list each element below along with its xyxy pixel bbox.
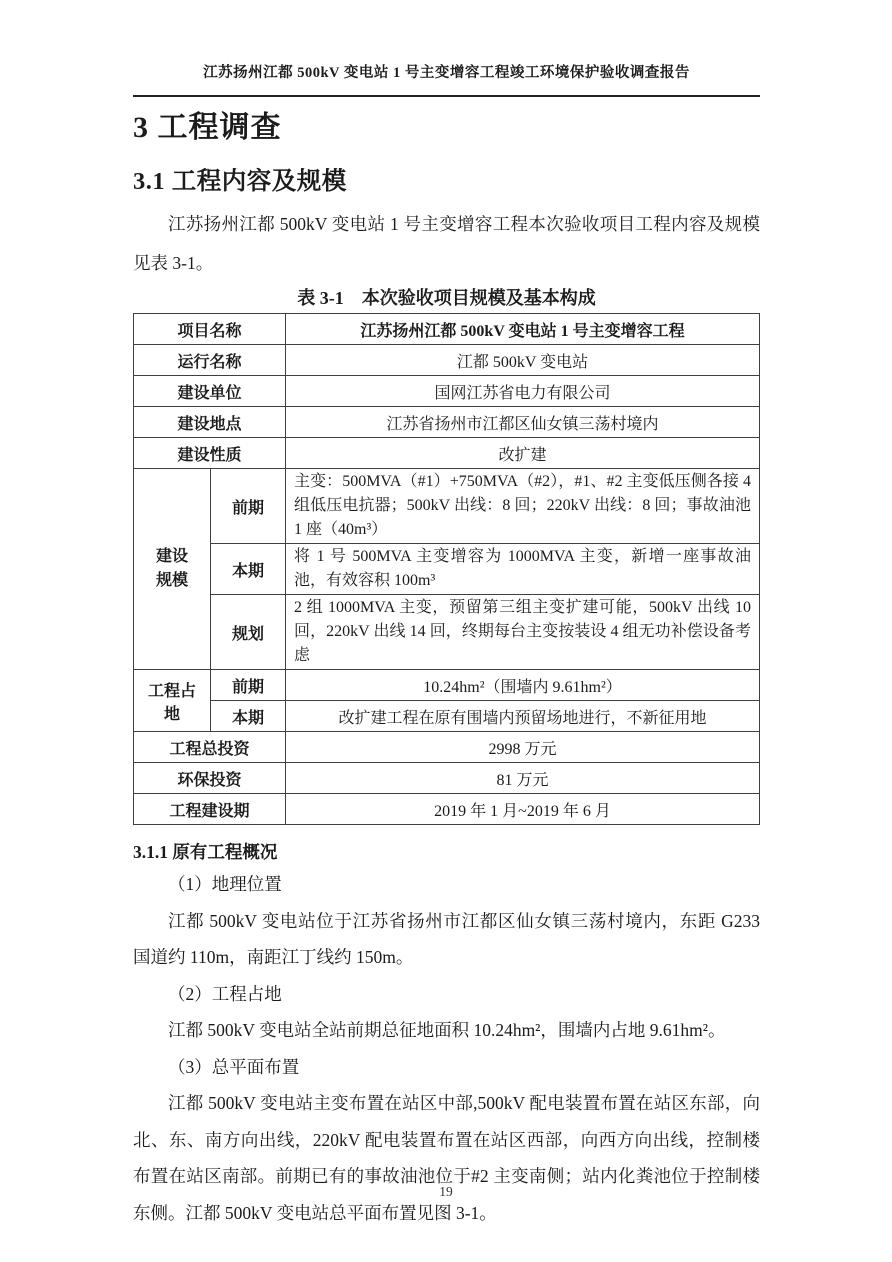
chapter-heading: 3 工程调查 <box>133 107 760 149</box>
page-number: 19 <box>0 1184 892 1200</box>
cell-investment-value: 2998 万元 <box>286 732 760 763</box>
table-row: 规划 2 组 1000MVA 主变，预留第三组主变扩建可能，500kV 出线 1… <box>134 595 760 670</box>
table-row: 本期 将 1 号 500MVA 主变增容为 1000MVA 主变，新增一座事故油… <box>134 544 760 595</box>
table-row: 建设规模 前期 主变：500MVA（#1）+750MVA（#2），#1、#2 主… <box>134 469 760 544</box>
cell-scale-early-label: 前期 <box>211 469 286 544</box>
cell-operating-name-value: 江都 500kV 变电站 <box>286 345 760 376</box>
table-row: 项目名称 江苏扬州江都 500kV 变电站 1 号主变增容工程 <box>134 314 760 345</box>
cell-period-value: 2019 年 1 月~2019 年 6 月 <box>286 794 760 825</box>
cell-scale-early-value: 主变：500MVA（#1）+750MVA（#2），#1、#2 主变低压侧各接 4… <box>286 469 760 544</box>
table-row: 工程占地 前期 10.24hm²（围墙内 9.61hm²） <box>134 670 760 701</box>
cell-land-early-value: 10.24hm²（围墙内 9.61hm²） <box>286 670 760 701</box>
cell-scale-group-label: 建设规模 <box>134 469 211 670</box>
cell-project-name-value: 江苏扬州江都 500kV 变电站 1 号主变增容工程 <box>286 314 760 345</box>
cell-location-value: 江苏省扬州市江都区仙女镇三荡村境内 <box>286 407 760 438</box>
table-caption: 表 3-1 本次验收项目规模及基本构成 <box>133 286 760 310</box>
cell-scale-planned-value: 2 组 1000MVA 主变，预留第三组主变扩建可能，500kV 出线 10 回… <box>286 595 760 670</box>
scale-group-text: 建设规模 <box>154 545 190 593</box>
sub3-title: （3）总平面布置 <box>133 1049 760 1086</box>
table-row: 建设地点 江苏省扬州市江都区仙女镇三荡村境内 <box>134 407 760 438</box>
cell-land-current-label: 本期 <box>211 701 286 732</box>
sub1-title: （1）地理位置 <box>133 866 760 903</box>
cell-builder-value: 国网江苏省电力有限公司 <box>286 376 760 407</box>
running-header: 江苏扬州江都 500kV 变电站 1 号主变增容工程竣工环境保护验收调查报告 <box>133 0 760 97</box>
cell-nature-value: 改扩建 <box>286 438 760 469</box>
running-header-title: 江苏扬州江都 500kV 变电站 1 号主变增容工程竣工环境保护验收调查报告 <box>133 63 760 83</box>
page-content: 江苏扬州江都 500kV 变电站 1 号主变增容工程竣工环境保护验收调查报告 3… <box>133 0 760 1231</box>
cell-project-name-label: 项目名称 <box>134 314 286 345</box>
table-row: 工程建设期 2019 年 1 月~2019 年 6 月 <box>134 794 760 825</box>
cell-land-current-value: 改扩建工程在原有围墙内预留场地进行，不新征用地 <box>286 701 760 732</box>
cell-land-early-label: 前期 <box>211 670 286 701</box>
cell-operating-name-label: 运行名称 <box>134 345 286 376</box>
sub1-paragraph: 江都 500kV 变电站位于江苏省扬州市江都区仙女镇三荡村境内，东距 G233 … <box>133 903 760 976</box>
cell-builder-label: 建设单位 <box>134 376 286 407</box>
table-row: 建设性质 改扩建 <box>134 438 760 469</box>
intro-paragraph: 江苏扬州江都 500kV 变电站 1 号主变增容工程本次验收项目工程内容及规模见… <box>133 205 760 283</box>
sub2-title: （2）工程占地 <box>133 976 760 1013</box>
table-row: 环保投资 81 万元 <box>134 763 760 794</box>
table-row: 建设单位 国网江苏省电力有限公司 <box>134 376 760 407</box>
cell-scale-current-value: 将 1 号 500MVA 主变增容为 1000MVA 主变，新增一座事故油池，有… <box>286 544 760 595</box>
sub2-paragraph: 江都 500kV 变电站全站前期总征地面积 10.24hm²，围墙内占地 9.6… <box>133 1012 760 1049</box>
cell-scale-current-label: 本期 <box>211 544 286 595</box>
table-row: 运行名称 江都 500kV 变电站 <box>134 345 760 376</box>
cell-period-label: 工程建设期 <box>134 794 286 825</box>
cell-env-investment-value: 81 万元 <box>286 763 760 794</box>
cell-land-group-label: 工程占地 <box>134 670 211 732</box>
project-overview-table: 项目名称 江苏扬州江都 500kV 变电站 1 号主变增容工程 运行名称 江都 … <box>133 313 760 825</box>
header-rule <box>133 95 760 97</box>
table-row: 工程总投资 2998 万元 <box>134 732 760 763</box>
cell-location-label: 建设地点 <box>134 407 286 438</box>
cell-scale-planned-label: 规划 <box>211 595 286 670</box>
cell-env-investment-label: 环保投资 <box>134 763 286 794</box>
cell-investment-label: 工程总投资 <box>134 732 286 763</box>
document-page: 江苏扬州江都 500kV 变电站 1 号主变增容工程竣工环境保护验收调查报告 3… <box>0 0 892 1262</box>
section-heading: 3.1 工程内容及规模 <box>133 164 760 200</box>
cell-nature-label: 建设性质 <box>134 438 286 469</box>
table-row: 本期 改扩建工程在原有围墙内预留场地进行，不新征用地 <box>134 701 760 732</box>
sub3-paragraph: 江都 500kV 变电站主变布置在站区中部,500kV 配电装置布置在站区东部，… <box>133 1085 760 1231</box>
subsection-heading: 3.1.1 原有工程概况 <box>133 838 760 866</box>
